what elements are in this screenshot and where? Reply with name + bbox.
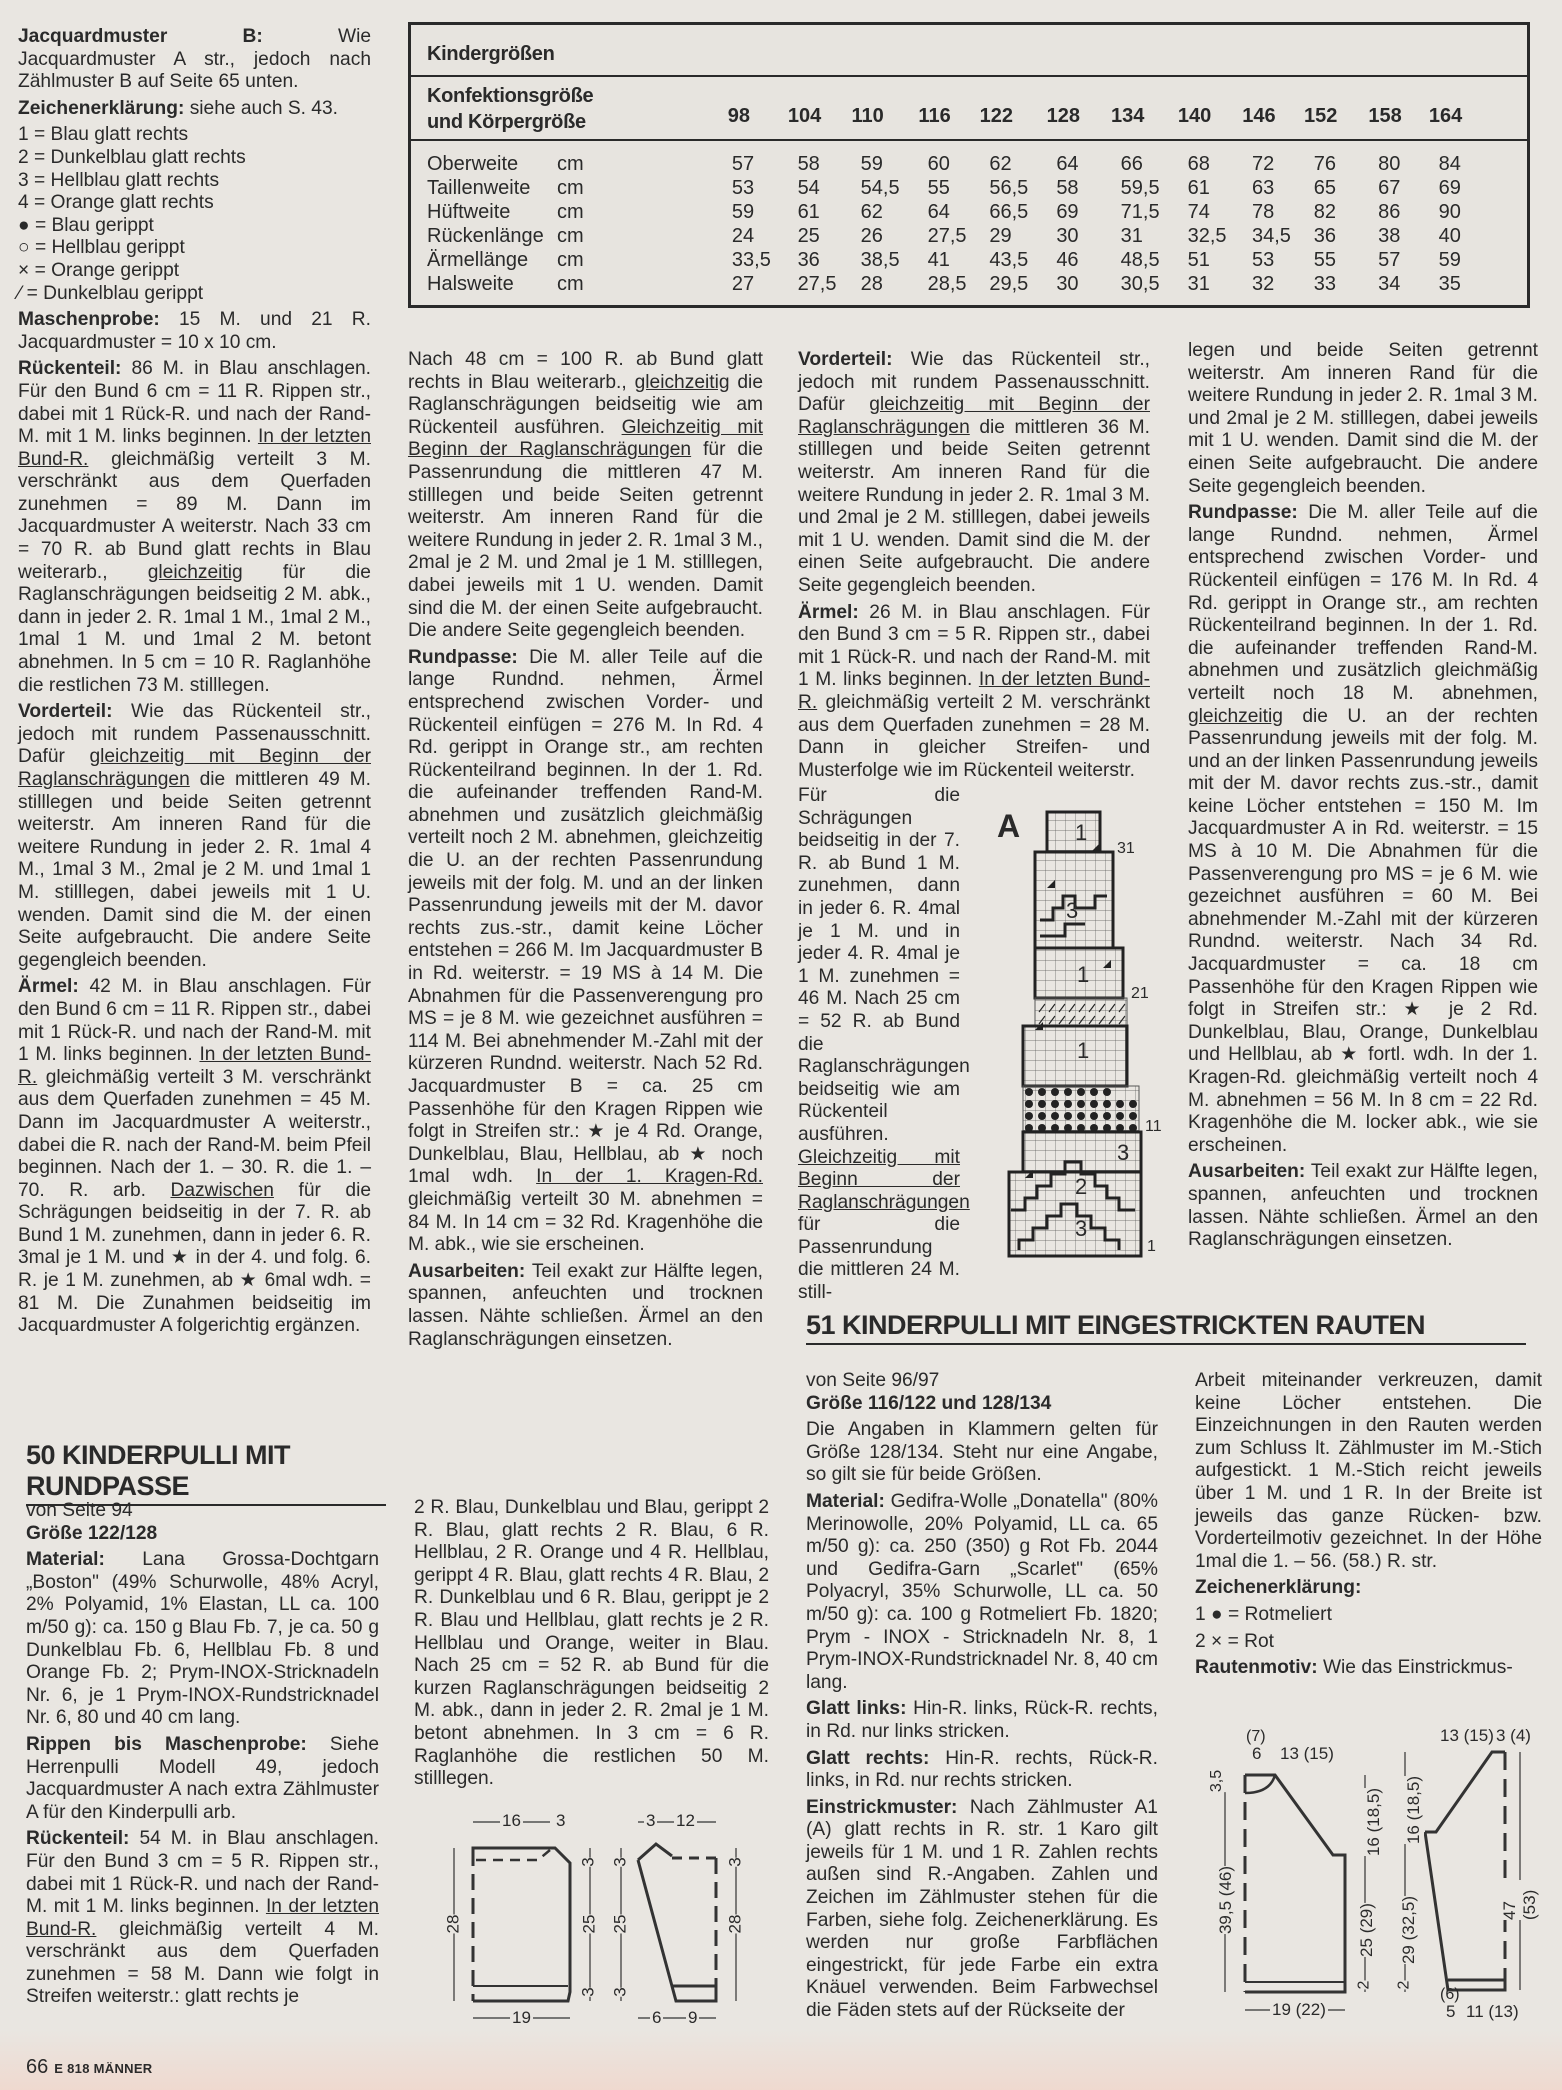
size-table-title: Kindergrößen — [427, 43, 555, 66]
size-column-header: 134 — [1103, 105, 1153, 128]
size-column-header: 104 — [780, 105, 830, 128]
size-column-header: 110 — [843, 105, 893, 128]
size-cell: 28 — [861, 273, 921, 296]
size-cell: 33,5 — [732, 249, 792, 272]
size-cell: 27,5 — [798, 273, 858, 296]
size-column-header: 128 — [1038, 105, 1088, 128]
rippen-paragraph: Rippen bis Maschenprobe: Siehe Herrenpul… — [26, 1734, 379, 1824]
dim-label: 5 — [1446, 2002, 1455, 2022]
symbol-4-icon: 4 — [18, 192, 29, 213]
size-column-header: 122 — [971, 105, 1021, 128]
von-seite: von Seite 96/97 — [806, 1370, 1158, 1393]
schematic-drawing — [420, 1770, 780, 2040]
column-3-narrow: Für die Schrägungen beidseitig in der 7.… — [798, 785, 960, 1309]
size-row-label: Halsweite — [427, 273, 514, 296]
dim-label: 16 (18,5) — [1364, 1788, 1384, 1856]
size-cell: 57 — [732, 153, 792, 176]
size-cell: 74 — [1188, 201, 1248, 224]
dim-label: 39,5 (46) — [1216, 1866, 1236, 1934]
aermel-paragraph: Ärmel: 26 M. in Blau anschlagen. Für den… — [798, 602, 1150, 783]
size-cell: 86 — [1378, 201, 1438, 224]
size-cell: 64 — [1056, 153, 1116, 176]
dim-label: 3 — [644, 1811, 657, 1831]
ausarbeiten-paragraph: Ausarbeiten: Teil exakt zur Hälfte legen… — [408, 1261, 763, 1351]
filled-dot-icon: ● — [18, 215, 30, 236]
rautenmotiv-paragraph: Rautenmotiv: Wie das Einstrickmus- — [1195, 1657, 1542, 1680]
size-cell: 84 — [1439, 153, 1499, 176]
section-51-heading: 51 KINDERPULLI MIT EINGESTRICKTEN RAUTEN — [806, 1310, 1526, 1345]
size-cell: 38 — [1378, 225, 1438, 248]
material-paragraph: Material: Lana Grossa-Dochtgarn „Boston"… — [26, 1549, 379, 1730]
size-cell: 31 — [1121, 225, 1181, 248]
size-cell: 57 — [1378, 249, 1438, 272]
dim-label: 47 (53) — [1500, 1880, 1540, 1920]
section-50-heading: 50 KINDERPULLI MIT RUNDPASSE — [26, 1440, 386, 1506]
slash-icon: ⁄ — [18, 283, 21, 304]
size-cell: 59 — [861, 153, 921, 176]
page-bottom-tint — [0, 2030, 1562, 2090]
size-cell: 78 — [1252, 201, 1312, 224]
size-cell: 65 — [1314, 177, 1374, 200]
size-column-header: 116 — [910, 105, 960, 128]
dim-label: 28 — [443, 1915, 463, 1934]
symbol-2-icon: 2 — [18, 147, 29, 168]
dim-label: 29 (32,5) — [1399, 1896, 1419, 1964]
chart-zone-number: 2 — [1075, 1174, 1087, 1200]
size-column-header: 98 — [714, 105, 764, 128]
legend-item: ⁄ = Dunkelblau gerippt — [18, 283, 371, 306]
size-column-header: 158 — [1360, 105, 1410, 128]
size-row-unit: cm — [557, 249, 584, 272]
page-number: 66 — [26, 2056, 48, 2078]
dim-label: 16 (18,5) — [1404, 1776, 1424, 1844]
size-cell: 60 — [928, 153, 988, 176]
groesse: Größe 116/122 und 128/134 — [806, 1393, 1158, 1416]
dim-label: 19 — [510, 2008, 533, 2028]
cross-icon: 2 × — [1195, 1631, 1222, 1652]
size-cell: 30,5 — [1121, 273, 1181, 296]
size-cell: 61 — [798, 201, 858, 224]
size-cell: 55 — [928, 177, 988, 200]
size-cell: 69 — [1439, 177, 1499, 200]
von-seite: von Seite 94 — [26, 1500, 379, 1523]
vorderteil-paragraph: Vorderteil: Wie das Rückenteil str., jed… — [798, 349, 1150, 598]
dim-label: 25 — [610, 1915, 630, 1934]
size-cell: 90 — [1439, 201, 1499, 224]
legend-item: × = Orange gerippt — [18, 260, 371, 283]
size-cell: 59,5 — [1121, 177, 1181, 200]
size-cell: 80 — [1378, 153, 1438, 176]
open-circle-icon: ○ — [18, 237, 30, 258]
size-cell: 54,5 — [861, 177, 921, 200]
size-cell: 58 — [1056, 177, 1116, 200]
size-row-label: Ärmellänge — [427, 249, 528, 272]
size-column-header: 164 — [1421, 105, 1471, 128]
maschenprobe-paragraph: Maschenprobe: 15 M. und 21 R. Jacquardmu… — [18, 309, 371, 354]
rundpasse-paragraph: Rundpasse: Die M. aller Teile auf die la… — [1188, 502, 1538, 1157]
size-cell: 32 — [1252, 273, 1312, 296]
size-cell: 40 — [1439, 225, 1499, 248]
chart-zone-number: 3 — [1075, 1216, 1087, 1242]
dim-label: 11 (13) — [1466, 2002, 1519, 2022]
dim-label: 16 — [500, 1811, 523, 1831]
size-cell: 58 — [798, 153, 858, 176]
divider — [411, 139, 1527, 141]
size-cell: 28,5 — [928, 273, 988, 296]
size-cell: 82 — [1314, 201, 1374, 224]
chart-row-number: 31 — [1117, 840, 1135, 858]
legend-paragraph: Zeichenerklärung: siehe auch S. 43. — [18, 98, 371, 121]
size-cell: 27,5 — [928, 225, 988, 248]
size-column-header: 152 — [1296, 105, 1346, 128]
size-cell: 62 — [989, 153, 1049, 176]
size-cell: 53 — [1252, 249, 1312, 272]
dim-label: 9 — [686, 2008, 699, 2028]
divider — [411, 75, 1527, 77]
size-cell: 59 — [1439, 249, 1499, 272]
size-row-unit: cm — [557, 177, 584, 200]
dim-label: 3 — [579, 1857, 599, 1866]
dim-label: 2 — [1355, 1981, 1373, 1990]
chart-zone-number: 1 — [1077, 1038, 1089, 1064]
vorderteil-cont-paragraph: Nach 48 cm = 100 R. ab Bund glatt rechts… — [408, 349, 763, 643]
legend-item: 1 ● = Rotmeliert — [1195, 1604, 1542, 1627]
rueckenteil-paragraph: Rückenteil: 86 M. in Blau anschlagen. Fü… — [18, 358, 371, 697]
size-column-header: 146 — [1234, 105, 1284, 128]
size-cell: 41 — [928, 249, 988, 272]
size-cell: 56,5 — [989, 177, 1049, 200]
magazine-brand: E 818 MÄNNER — [54, 2061, 152, 2076]
size-cell: 72 — [1252, 153, 1312, 176]
size-cell: 48,5 — [1121, 249, 1181, 272]
size-cell: 30 — [1056, 225, 1116, 248]
size-cell: 25 — [798, 225, 858, 248]
chart-row-number: 1 — [1147, 1238, 1156, 1256]
size-cell: 24 — [732, 225, 792, 248]
section-51-column-2: Arbeit miteinander verkreuzen, damit kei… — [1195, 1370, 1542, 1684]
size-row-label: Oberweite — [427, 153, 518, 176]
size-cell: 64 — [928, 201, 988, 224]
column-2-top: Nach 48 cm = 100 R. ab Bund glatt rechts… — [408, 349, 763, 1355]
symbol-3-icon: 3 — [18, 170, 29, 191]
size-cell: 36 — [1314, 225, 1374, 248]
legend-item: ● = Blau gerippt — [18, 215, 371, 238]
material-paragraph: Material: Gedifra-Wolle „Donatella" (80%… — [806, 1491, 1158, 1694]
size-cell: 43,5 — [989, 249, 1049, 272]
rueckenteil-paragraph: Rückenteil: 54 M. in Blau anschlagen. Fü… — [26, 1828, 379, 2009]
size-cell: 62 — [861, 201, 921, 224]
dim-label: 13 (15) — [1440, 1726, 1494, 1746]
size-table: Kindergrößen Konfektionsgröße und Körper… — [408, 22, 1530, 308]
groesse: Größe 122/128 — [26, 1523, 379, 1546]
intro-paragraph: Die Angaben in Klammern gelten für Größe… — [806, 1419, 1158, 1487]
einstrickmuster-paragraph: Einstrickmuster: Nach Zählmuster A1 (A) … — [806, 1797, 1158, 2023]
left-column-top: Jacquardmuster B: Wie Jacquardmuster A s… — [18, 26, 371, 1342]
size-cell: 29 — [989, 225, 1049, 248]
size-cell: 32,5 — [1188, 225, 1248, 248]
chart-zone-number: 1 — [1075, 820, 1087, 846]
streifen-paragraph: 2 R. Blau, Dunkelblau und Blau, gerippt … — [414, 1497, 769, 1791]
size-cell: 27 — [732, 273, 792, 296]
einstrick-cont-paragraph: Arbeit miteinander verkreuzen, damit kei… — [1195, 1370, 1542, 1573]
size-cell: 71,5 — [1121, 201, 1181, 224]
section-50-column-1: von Seite 94 Größe 122/128 Material: Lan… — [26, 1500, 379, 2013]
size-cell: 66 — [1121, 153, 1181, 176]
legend-item: 1 = Blau glatt rechts — [18, 124, 371, 147]
dim-label: 3 — [579, 1987, 599, 1996]
ausarbeiten-paragraph: Ausarbeiten: Teil exakt zur Hälfte legen… — [1188, 1161, 1538, 1251]
dim-label: 3 — [726, 1857, 746, 1866]
size-cell: 69 — [1056, 201, 1116, 224]
size-cell: 30 — [1056, 273, 1116, 296]
size-row-unit: cm — [557, 153, 584, 176]
size-cell: 51 — [1188, 249, 1248, 272]
aermel-cont-paragraph: Für die Schrägungen beidseitig in der 7.… — [798, 785, 960, 1305]
column-3-top: Vorderteil: Wie das Rückenteil str., jed… — [798, 349, 1150, 782]
dim-label: 13 (15) — [1280, 1744, 1334, 1764]
dim-label: 3,5 — [1208, 1770, 1226, 1792]
section-51-column-1: von Seite 96/97 Größe 116/122 und 128/13… — [806, 1370, 1158, 2027]
legend-item: 2 = Dunkelblau glatt rechts — [18, 147, 371, 170]
size-cell: 33 — [1314, 273, 1374, 296]
vorderteil-paragraph: Vorderteil: Wie das Rückenteil str., jed… — [18, 701, 371, 972]
size-cell: 31 — [1188, 273, 1248, 296]
size-row-unit: cm — [557, 225, 584, 248]
dim-label: 28 — [725, 1915, 745, 1934]
legend-item: 2 × = Rot — [1195, 1631, 1542, 1654]
legend-item: 3 = Hellblau glatt rechts — [18, 170, 371, 193]
symbol-1-icon: 1 — [18, 124, 29, 145]
glatt-links-paragraph: Glatt links: Hin-R. links, Rück-R. recht… — [806, 1698, 1158, 1743]
size-row-label: Hüftweite — [427, 201, 510, 224]
section-50-schematic: 16 3 28 25 3 3 19 3 12 25 3 3 28 3 6 9 — [420, 1770, 780, 2040]
chart-row-number: 11 — [1145, 1118, 1162, 1136]
schematic-drawing — [1200, 1720, 1540, 2020]
cross-icon: × — [18, 260, 29, 281]
legend-label: Zeichenerklärung: — [1195, 1577, 1542, 1600]
size-cell: 63 — [1252, 177, 1312, 200]
size-cell: 26 — [861, 225, 921, 248]
chart-zone-number: 3 — [1066, 898, 1078, 924]
dim-label: 25 (29) — [1357, 1903, 1377, 1957]
vorderteil-cont-paragraph: legen und beide Seiten getrennt weiterst… — [1188, 340, 1538, 498]
filled-dot-icon: 1 ● — [1195, 1604, 1223, 1625]
chart-zone-number: 1 — [1077, 962, 1089, 988]
dim-label: 3 (4) — [1496, 1726, 1531, 1746]
dim-label: 3 — [611, 1857, 631, 1866]
size-cell: 59 — [732, 201, 792, 224]
jacquard-b-paragraph: Jacquardmuster B: Wie Jacquardmuster A s… — [18, 26, 371, 94]
dim-label: 12 — [674, 1811, 697, 1831]
size-cell: 38,5 — [861, 249, 921, 272]
dim-label: 2 — [1395, 1981, 1413, 1990]
page-footer: 66E 818 MÄNNER — [26, 2056, 153, 2079]
size-cell: 36 — [798, 249, 858, 272]
rundpasse-paragraph: Rundpasse: Die M. aller Teile auf die la… — [408, 647, 763, 1257]
size-cell: 34,5 — [1252, 225, 1312, 248]
size-cell: 61 — [1188, 177, 1248, 200]
chart-a-pattern: A — [995, 800, 1160, 1260]
size-cell: 54 — [798, 177, 858, 200]
size-cell: 46 — [1056, 249, 1116, 272]
section-51-schematic: (7) 6 13 (15) 3,5 39,5 (46) 16 (18,5) 25… — [1200, 1720, 1540, 2020]
section-50-column-2: 2 R. Blau, Dunkelblau und Blau, gerippt … — [414, 1497, 769, 1795]
size-row-unit: cm — [557, 201, 584, 224]
legend-item: 4 = Orange glatt rechts — [18, 192, 371, 215]
size-row-unit: cm — [557, 273, 584, 296]
dim-label: 19 (22) — [1270, 2000, 1328, 2020]
size-cell: 29,5 — [989, 273, 1049, 296]
size-cell: 66,5 — [989, 201, 1049, 224]
legend-item: ○ = Hellblau gerippt — [18, 237, 371, 260]
size-cell: 68 — [1188, 153, 1248, 176]
size-column-header: 140 — [1170, 105, 1220, 128]
dim-label: 3 — [611, 1987, 631, 1996]
size-cell: 34 — [1378, 273, 1438, 296]
size-row-label: Taillenweite — [427, 177, 530, 200]
size-table-header-label: Konfektionsgröße und Körpergröße — [427, 83, 593, 135]
size-cell: 55 — [1314, 249, 1374, 272]
chart-row-number: 21 — [1131, 985, 1149, 1003]
size-row-label: Rückenlänge — [427, 225, 544, 248]
dim-label: 25 — [579, 1915, 599, 1934]
size-cell: 67 — [1378, 177, 1438, 200]
legend-list: 1 = Blau glatt rechts 2 = Dunkelblau gla… — [18, 124, 371, 305]
aermel-paragraph: Ärmel: 42 M. in Blau anschlagen. Für den… — [18, 976, 371, 1338]
dim-label: 6 — [650, 2008, 663, 2028]
size-cell: 53 — [732, 177, 792, 200]
glatt-rechts-paragraph: Glatt rechts: Hin-R. rechts, Rück-R. lin… — [806, 1748, 1158, 1793]
size-cell: 76 — [1314, 153, 1374, 176]
size-cell: 35 — [1439, 273, 1499, 296]
dim-label: 6 — [1252, 1744, 1261, 1764]
column-4-top: legen und beide Seiten getrennt weiterst… — [1188, 340, 1538, 1256]
dim-label: 3 — [554, 1811, 567, 1831]
chart-zone-number: 3 — [1117, 1140, 1129, 1166]
